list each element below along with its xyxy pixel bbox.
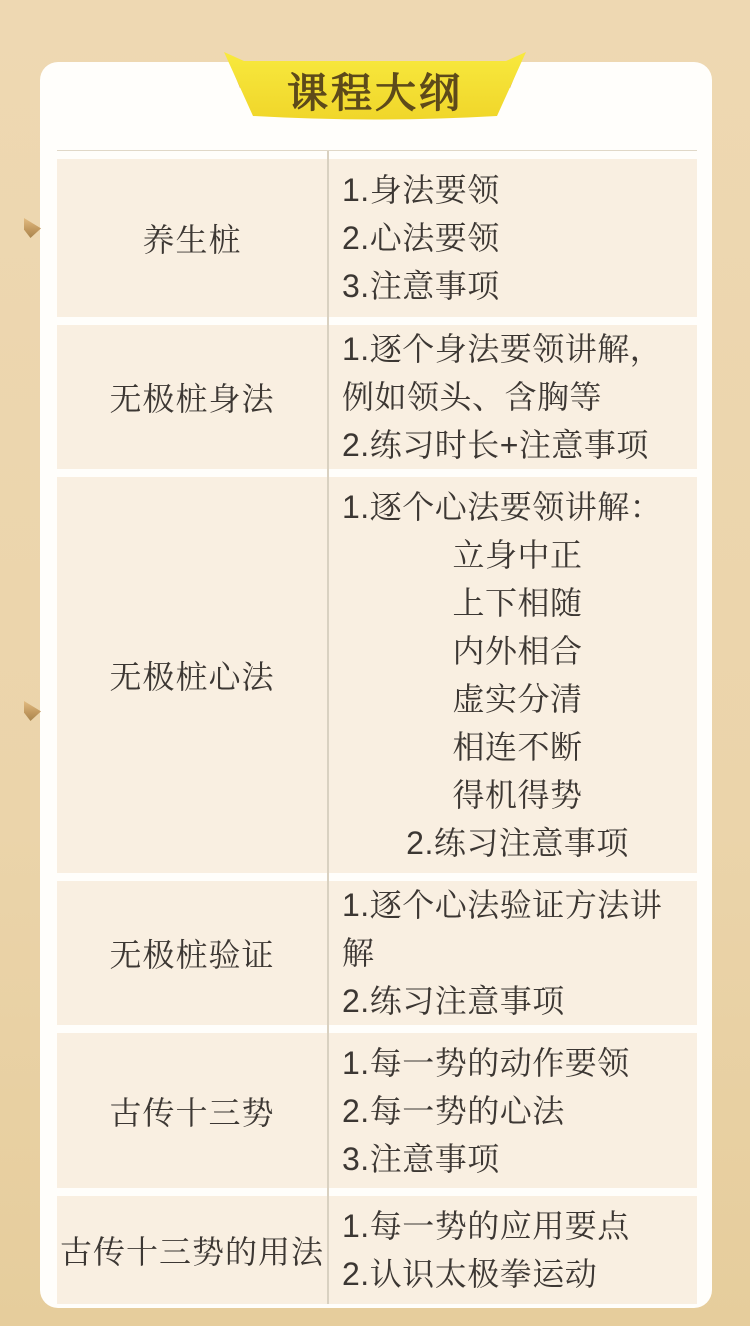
detail-line: 2.练习注意事项 [342,977,693,1025]
course-topic: 无极桩心法 [57,477,327,873]
table-row: 无极桩验证1.逐个心法验证方法讲解2.练习注意事项 [57,881,697,1025]
banner-title: 课程大纲 [224,52,526,120]
table-row: 古传十三势1.每一势的动作要领2.每一势的心法3.注意事项 [57,1033,697,1188]
course-topic: 古传十三势的用法 [57,1196,327,1304]
course-details: 1.每一势的应用要点2.认识太极拳运动 [329,1196,697,1304]
left-notch-decoration [24,701,41,721]
course-details: 1.身法要领2.心法要领3.注意事项 [329,159,697,317]
detail-line: 2.练习注意事项 [342,819,693,867]
table-row: 古传十三势的用法1.每一势的应用要点2.认识太极拳运动 [57,1196,697,1304]
course-topic: 无极桩身法 [57,325,327,469]
detail-line: 3.注意事项 [342,262,693,310]
detail-line: 上下相随 [342,579,693,627]
table-row: 养生桩1.身法要领2.心法要领3.注意事项 [57,159,697,317]
course-details: 1.逐个心法验证方法讲解2.练习注意事项 [329,881,697,1025]
detail-line: 例如领头、含胸等 [342,373,693,421]
detail-line: 1.身法要领 [342,166,693,214]
detail-line: 1.每一势的应用要点 [342,1202,693,1250]
course-details: 1.每一势的动作要领2.每一势的心法3.注意事项 [329,1033,697,1188]
left-notch-decoration [24,218,41,238]
course-topic: 无极桩验证 [57,881,327,1025]
detail-line: 相连不断 [342,723,693,771]
detail-line: 虚实分清 [342,675,693,723]
detail-line: 1.逐个心法验证方法讲解 [342,881,693,977]
detail-line: 1.每一势的动作要领 [342,1039,693,1087]
column-divider [327,151,329,1304]
detail-line: 2.心法要领 [342,214,693,262]
course-topic: 古传十三势 [57,1033,327,1188]
title-banner: 课程大纲 [224,52,526,120]
course-outline-poster: 养生桩1.身法要领2.心法要领3.注意事项无极桩身法1.逐个身法要领讲解，例如领… [0,0,750,1326]
content-card: 养生桩1.身法要领2.心法要领3.注意事项无极桩身法1.逐个身法要领讲解，例如领… [40,62,712,1308]
detail-line: 2.每一势的心法 [342,1087,693,1135]
course-table: 养生桩1.身法要领2.心法要领3.注意事项无极桩身法1.逐个身法要领讲解，例如领… [57,150,697,1304]
course-details: 1.逐个心法要领讲解：立身中正上下相随内外相合虚实分清相连不断得机得势2.练习注… [329,477,697,873]
detail-line: 2.练习时长+注意事项 [342,421,693,469]
detail-line: 1.逐个身法要领讲解， [342,325,693,373]
detail-line: 2.认识太极拳运动 [342,1250,693,1298]
course-topic: 养生桩 [57,159,327,317]
detail-line: 内外相合 [342,627,693,675]
detail-line: 立身中正 [342,531,693,579]
course-details: 1.逐个身法要领讲解，例如领头、含胸等2.练习时长+注意事项 [329,325,697,469]
table-row: 无极桩心法1.逐个心法要领讲解：立身中正上下相随内外相合虚实分清相连不断得机得势… [57,477,697,873]
detail-line: 1.逐个心法要领讲解： [342,483,693,531]
table-row: 无极桩身法1.逐个身法要领讲解，例如领头、含胸等2.练习时长+注意事项 [57,325,697,469]
detail-line: 3.注意事项 [342,1135,693,1183]
detail-line: 得机得势 [342,771,693,819]
